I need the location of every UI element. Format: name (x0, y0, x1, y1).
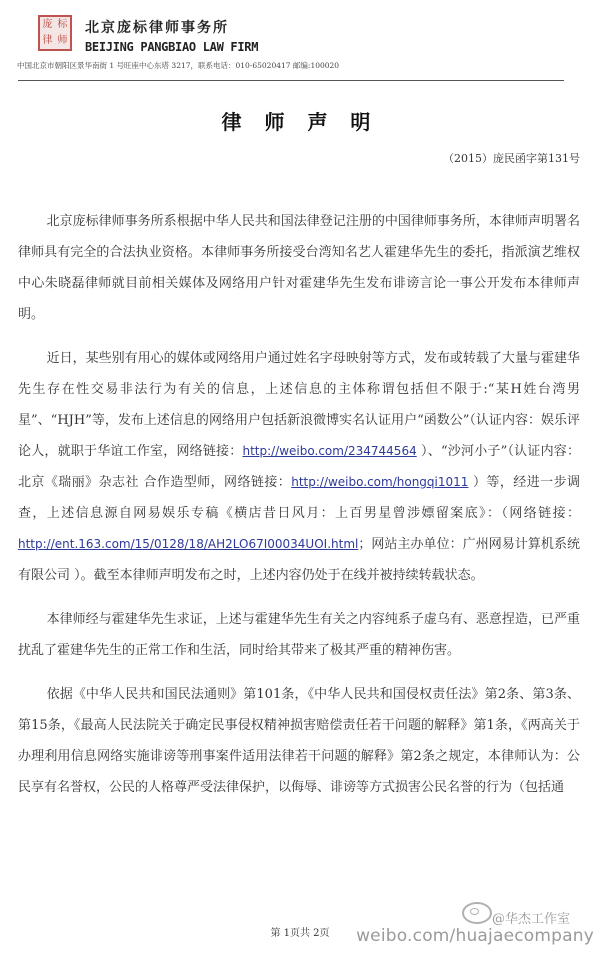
watermark-url: weibo.com/huajaecompany (356, 926, 594, 946)
weibo-watermark: @华杰工作室 weibo.com/huajaecompany (384, 896, 594, 956)
letterhead-divider (18, 80, 564, 81)
netease-article-link[interactable]: http://ent.163.com/15/0128/18/AH2LO67I00… (18, 537, 358, 551)
watermark-handle: @华杰工作室 (492, 908, 570, 927)
seal-char: 标 (55, 17, 70, 33)
firm-address-line: 中国北京市朝阳区景华南街 1 号旺座中心东塔 3217，联系电话：010-650… (17, 60, 339, 71)
document-body: 北京庞标律师事务所系根据中华人民共和国法律登记注册的中国律师事务所，本律师声明署… (18, 206, 580, 816)
document-title: 律 师 声 明 (0, 106, 600, 135)
firm-name-english: BEIJING PANGBIAO LAW FIRM (85, 40, 258, 54)
paragraph-credentials: 北京庞标律师事务所系根据中华人民共和国法律登记注册的中国律师事务所，本律师声明署… (18, 206, 580, 330)
weibo-logo-icon (462, 902, 492, 924)
seal-char: 律 (40, 33, 55, 49)
paragraph-text: 近日，某些别有用心的媒体或网络用户通过姓名字母映射等方式，发布或转载了大量与霍建… (18, 351, 580, 459)
reference-number: （2015）庞民函字第131号 (443, 150, 580, 166)
paragraph-legal-basis: 依据《中华人民共和国民法通则》第101条，《中华人民共和国侵权责任法》第2条、第… (18, 679, 580, 803)
paragraph-facts: 近日，某些别有用心的媒体或网络用户通过姓名字母映射等方式，发布或转载了大量与霍建… (18, 343, 580, 591)
seal-char: 庞 (40, 17, 55, 33)
letterhead: 庞 标 律 师 北京庞标律师事务所 BEIJING PANGBIAO LAW F… (0, 0, 600, 90)
weibo-link-shahexiaozi[interactable]: http://weibo.com/hongqi1011 (291, 475, 468, 489)
paragraph-verification: 本律师经与霍建华先生求证，上述与霍建华先生有关之内容纯系子虚乌有、恶意捏造，已严… (18, 604, 580, 666)
firm-seal-logo: 庞 标 律 师 (38, 15, 72, 51)
weibo-link-hanshugong[interactable]: http://weibo.com/234744564 (242, 444, 416, 458)
seal-char: 师 (55, 33, 70, 49)
firm-name-chinese: 北京庞标律师事务所 (85, 17, 229, 37)
